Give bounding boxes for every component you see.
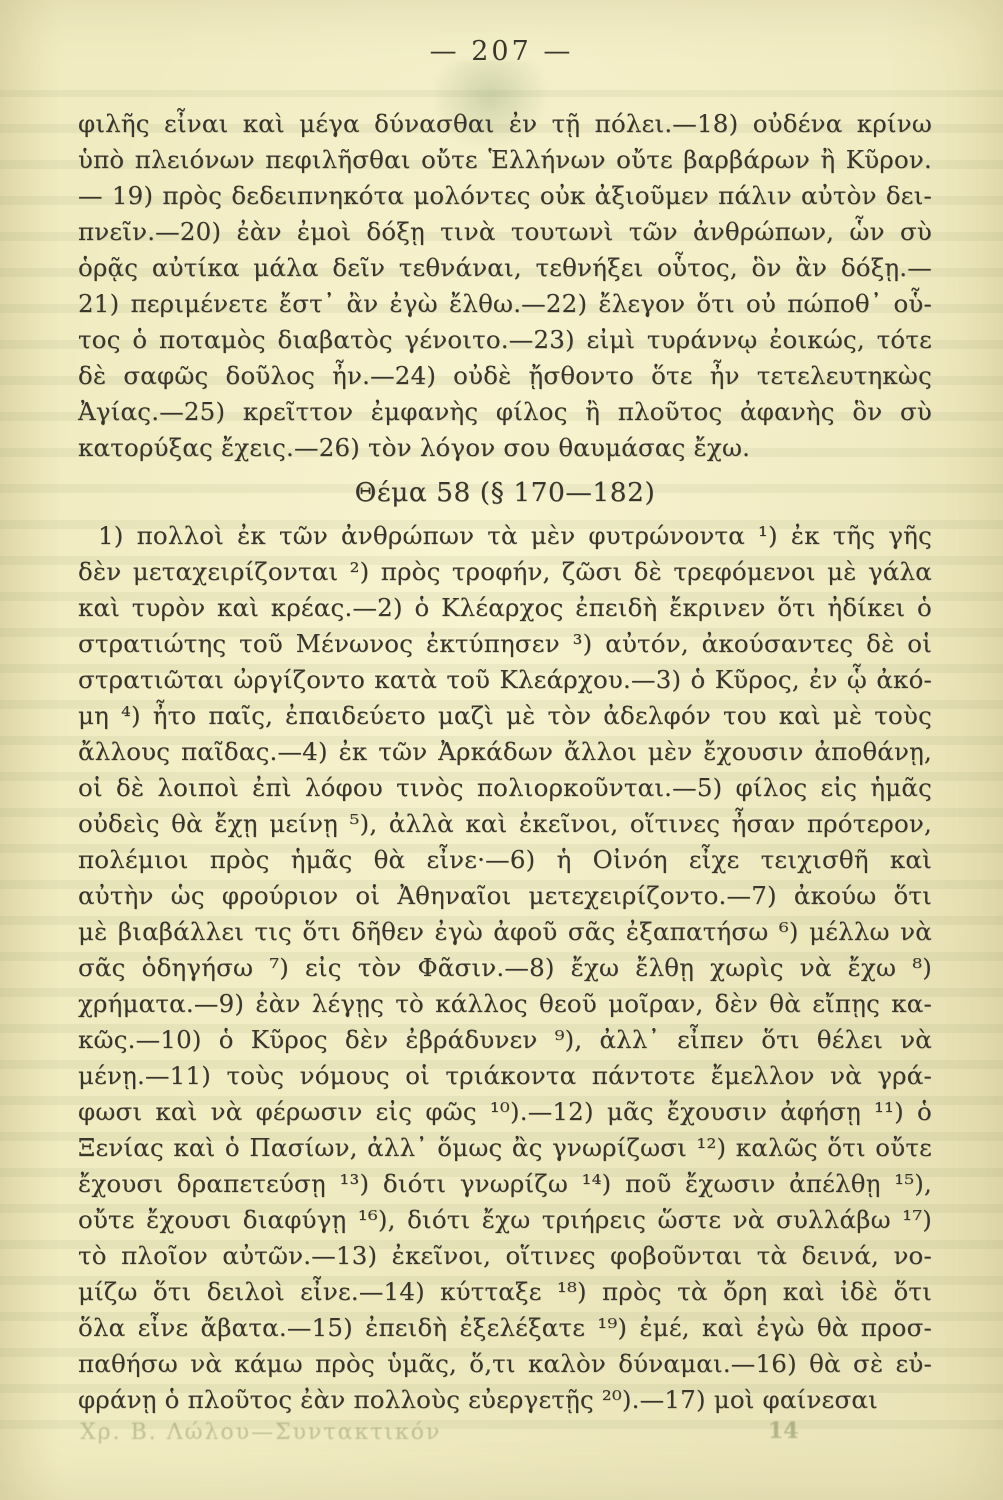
text-line: ἄλλους παῖδας.—4) ἐκ τῶν Ἀρκάδων ἄλλοι μ… xyxy=(78,734,932,770)
text-line: τος ὁ ποταμὸς διαβατὸς γένοιτο.—23) εἰμὶ… xyxy=(78,322,932,358)
text-line: μένῃ.—11) τοὺς νόμους οἱ τριάκοντα πάντο… xyxy=(78,1058,932,1094)
text-line: μη ⁴) ἦτο παῖς, ἐπαιδεύετο μαζὶ μὲ τὸν ἀ… xyxy=(78,698,932,734)
text-line: στρατιώτης τοῦ Μένωνος ἐκτύπησεν ³) αὐτό… xyxy=(78,626,932,662)
text-line: κατορύξας ἔχεις.—26) τὸν λόγον σου θαυμά… xyxy=(78,430,932,466)
footer-signature: Χρ. Β. Λώλου—Συντακτικόν xyxy=(80,1420,441,1445)
text-line: ὑπὸ πλειόνων πεφιλῆσθαι οὔτε Ἑλλήνων οὔτ… xyxy=(78,142,932,178)
text-line: χρήματα.—9) ἐὰν λέγῃς τὸ κάλλος θεοῦ μοῖ… xyxy=(78,986,932,1022)
text-line: οἱ δὲ λοιποὶ ἐπὶ λόφου τινὸς πολιορκοῦντ… xyxy=(78,770,932,806)
text-line: οὔτε ἔχουσι διαφύγῃ ¹⁶), διότι ἔχω τριήρ… xyxy=(78,1202,932,1238)
text-line: φράνῃ ὁ πλοῦτος ἐὰν πολλοὺς εὐεργετῇς ²⁰… xyxy=(78,1382,932,1418)
text-line: κῶς.—10) ὁ Κῦρος δὲν ἐβράδυνεν ⁹), ἀλλ᾽ … xyxy=(78,1022,932,1058)
text-line: φιλῆς εἶναι καὶ μέγα δύνασθαι ἐν τῇ πόλε… xyxy=(78,106,932,142)
text-line: δὲ σαφῶς δοῦλος ἦν.—24) οὐδὲ ᾔσθοντο ὅτε… xyxy=(78,358,932,394)
book-page: — 207 — φιλῆς εἶναι καὶ μέγα δύνασθαι ἐν… xyxy=(0,0,1003,1500)
text-line: Ξενίας καὶ ὁ Πασίων, ἀλλ᾽ ὅμως ἂς γνωρίζ… xyxy=(78,1130,932,1166)
text-line: — 19) πρὸς δεδειπνηκότα μολόντες οὐκ ἀξι… xyxy=(78,178,932,214)
text-line: μίζω ὅτι δειλοὶ εἶνε.—14) κύτταξε ¹⁸) πρ… xyxy=(78,1274,932,1310)
footer-sheet-number: 14 xyxy=(768,1418,799,1444)
text-line: σᾶς ὁδηγήσω ⁷) εἰς τὸν Φᾶσιν.—8) ἔχω ἔλθ… xyxy=(78,950,932,986)
text-line: στρατιῶται ὠργίζοντο κατὰ τοῦ Κλεάρχου.—… xyxy=(78,662,932,698)
paragraph-sentences-18-26: φιλῆς εἶναι καὶ μέγα δύνασθαι ἐν τῇ πόλε… xyxy=(78,106,932,466)
text-line: καὶ τυρὸν καὶ κρέας.—2) ὁ Κλέαρχος ἐπειδ… xyxy=(78,590,932,626)
text-line: πνεῖν.—20) ἐὰν ἐμοὶ δόξῃ τινὰ τουτωνὶ τῶ… xyxy=(78,214,932,250)
text-line: ὁρᾷς αὐτίκα μάλα δεῖν τεθνάναι, τεθνήξει… xyxy=(78,250,932,286)
text-line: 1) πολλοὶ ἐκ τῶν ἀνθρώπων τὰ μὲν φυτρώνο… xyxy=(78,518,932,554)
text-line: δὲν μεταχειρίζονται ²) πρὸς τροφήν, ζῶσι… xyxy=(78,554,932,590)
text-line: Ἀγίας.—25) κρεῖττον ἐμφανὴς φίλος ἢ πλοῦ… xyxy=(78,394,932,430)
exercise-text-block: φιλῆς εἶναι καὶ μέγα δύνασθαι ἐν τῇ πόλε… xyxy=(78,106,932,1418)
text-line: μὲ βιαβάλλει τις ὅτι δῆθεν ἐγὼ ἀφοῦ σᾶς … xyxy=(78,914,932,950)
text-line: τὸ πλοῖον αὐτῶν.—13) ἐκεῖνοι, οἵτινες φο… xyxy=(78,1238,932,1274)
text-line: πολέμιοι πρὸς ἡμᾶς θὰ εἶνε·—6) ἡ Οἰνόη ε… xyxy=(78,842,932,878)
section-heading: Θέμα 58 (§ 170—182) xyxy=(78,475,932,511)
text-line: παθήσω νὰ κάμω πρὸς ὑμᾶς, ὅ,τι καλὸν δύν… xyxy=(78,1346,932,1382)
text-line: 21) περιμένετε ἔστ᾽ ἂν ἐγὼ ἔλθω.—22) ἔλε… xyxy=(78,286,932,322)
text-line: φωσι καὶ νὰ φέρωσιν εἰς φῶς ¹⁰).—12) μᾶς… xyxy=(78,1094,932,1130)
page-number-header: — 207 — xyxy=(0,36,1003,67)
paragraph-thema-58: 1) πολλοὶ ἐκ τῶν ἀνθρώπων τὰ μὲν φυτρώνο… xyxy=(78,518,932,1418)
page-footer: Χρ. Β. Λώλου—Συντακτικόν 14 xyxy=(0,1420,1003,1470)
text-line: ἔχουσι δραπετεύσῃ ¹³) διότι γνωρίζω ¹⁴) … xyxy=(78,1166,932,1202)
text-line: ὅλα εἶνε ἄβατα.—15) ἐπειδὴ ἐξελέξατε ¹⁹)… xyxy=(78,1310,932,1346)
text-line: οὐδεὶς θὰ ἔχῃ μείνῃ ⁵), ἀλλὰ καὶ ἐκεῖνοι… xyxy=(78,806,932,842)
text-line: αὐτὴν ὡς φρούριον οἱ Ἀθηναῖοι μετεχειρίζ… xyxy=(78,878,932,914)
